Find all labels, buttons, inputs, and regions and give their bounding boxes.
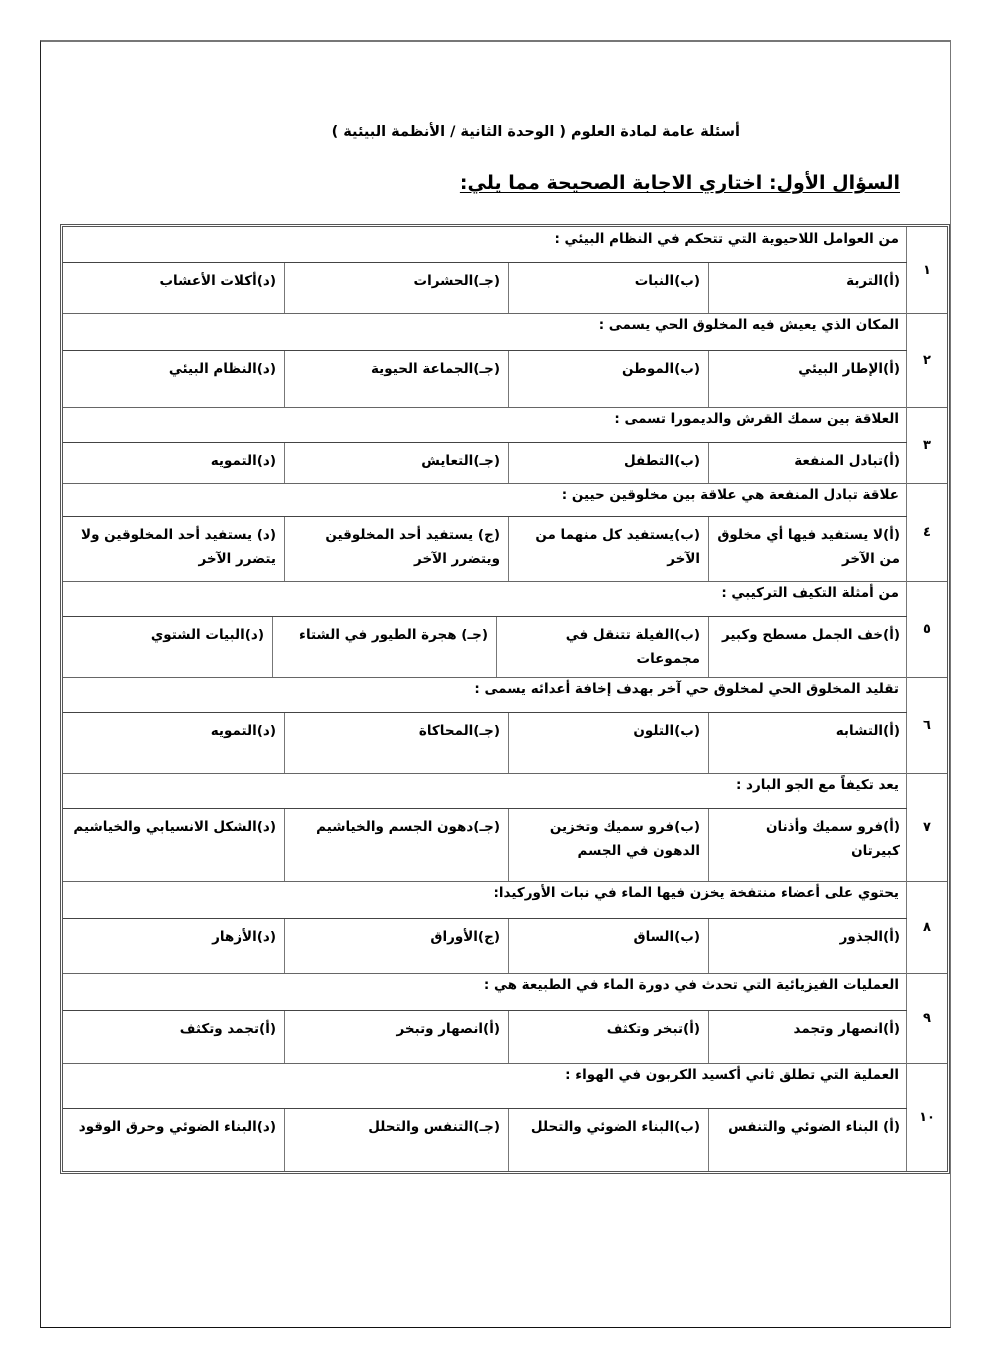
answer-option-c[interactable]: (جـ)التعايش bbox=[284, 443, 508, 483]
options-row: (أ)خف الجمل مسطح وكبير(ب)الفيلة تتنقل في… bbox=[63, 617, 907, 677]
answer-option-a[interactable]: (أ) البناء الضوئي والتنفس bbox=[708, 1109, 908, 1171]
options-row: (أ)الجذور(ب)الساق(ج)الأوراق(د)الأزهار bbox=[63, 919, 907, 973]
answer-option-b[interactable]: (ب)يستفيد كل منهما من الآخر bbox=[508, 517, 708, 581]
answer-option-a[interactable]: (أ)فرو سميك وأذنان كبيرتان bbox=[708, 809, 908, 881]
options-row: (أ)لا يستفيد فيها أي مخلوق من الآخر(ب)يس… bbox=[63, 517, 907, 581]
answer-option-d[interactable]: (د)أكلات الأعشاب bbox=[63, 263, 284, 313]
answer-option-c[interactable]: (أ)انصهار وتبخر bbox=[284, 1011, 508, 1063]
answer-option-b[interactable]: (ب)التلون bbox=[508, 713, 708, 773]
answer-option-c[interactable]: (جـ)المحاكاة bbox=[284, 713, 508, 773]
question-row: ٨يحتوي على أعضاء منتفخة يخزن فيها الماء … bbox=[63, 881, 947, 974]
options-row: (أ)التشابه(ب)التلون(جـ)المحاكاة(د)التموي… bbox=[63, 713, 907, 773]
question-row: ٤علاقة تبادل المنفعة هي علاقة بين مخلوقي… bbox=[63, 483, 947, 582]
question-number: ٢ bbox=[906, 313, 947, 407]
question-number: ٩ bbox=[906, 973, 947, 1063]
question-text: العلاقة بين سمك القرش والديمورا تسمى : bbox=[63, 407, 907, 443]
question-row: ٥من أمثلة التكيف التركيبي :(أ)خف الجمل م… bbox=[63, 581, 947, 678]
answer-option-a[interactable]: (أ)لا يستفيد فيها أي مخلوق من الآخر bbox=[708, 517, 908, 581]
answer-option-a[interactable]: (أ)تبادل المنفعة bbox=[708, 443, 908, 483]
question-row: ١٠العملية التي تطلق ثاني أكسيد الكربون ف… bbox=[63, 1063, 947, 1171]
answer-option-d[interactable]: (د)البناء الضوئي وحرق الوقود bbox=[63, 1109, 284, 1171]
answer-option-c[interactable]: (جـ)الحشرات bbox=[284, 263, 508, 313]
answer-option-a[interactable]: (أ)الإطار البيئي bbox=[708, 351, 908, 407]
question-text: علاقة تبادل المنفعة هي علاقة بين مخلوقين… bbox=[63, 483, 907, 517]
answer-option-b[interactable]: (ب)فرو سميك وتخزين الدهون في الجسم bbox=[508, 809, 708, 881]
question-number: ٤ bbox=[906, 483, 947, 581]
answer-option-a[interactable]: (أ)التربة bbox=[708, 263, 908, 313]
options-row: (أ)الإطار البيئي(ب)الموطن(جـ)الجماعة الح… bbox=[63, 351, 907, 407]
question-row: ٩العمليات الفيزيائية التي تحدث في دورة ا… bbox=[63, 973, 947, 1064]
question-number: ١٠ bbox=[906, 1063, 947, 1171]
answer-option-d[interactable]: (د)البيات الشتوي bbox=[63, 617, 272, 677]
question-text: يعد تكيفاً مع الجو البارد : bbox=[63, 773, 907, 809]
answer-option-c[interactable]: (جـ)التنفس والتحلل bbox=[284, 1109, 508, 1171]
answer-option-c[interactable]: (ج) يستفيد أحد المخلوقين ويتضرر الآخر bbox=[284, 517, 508, 581]
question-text: من أمثلة التكيف التركيبي : bbox=[63, 581, 907, 617]
options-row: (أ)انصهار وتجمد(أ)تبخر وتكثف(أ)انصهار وت… bbox=[63, 1011, 907, 1063]
answer-option-a[interactable]: (أ)الجذور bbox=[708, 919, 908, 973]
answer-option-b[interactable]: (أ)تبخر وتكثف bbox=[508, 1011, 708, 1063]
question-row: ٦تقليد المخلوق الحي لمخلوق حي آخر بهدف إ… bbox=[63, 677, 947, 774]
answer-option-d[interactable]: (د)الشكل الانسيابي والخياشيم bbox=[63, 809, 284, 881]
document-subtitle: أسئلة عامة لمادة العلوم ( الوحدة الثانية… bbox=[332, 124, 740, 140]
question-number: ٣ bbox=[906, 407, 947, 483]
options-row: (أ)تبادل المنفعة(ب)التطفل(جـ)التعايش(د)ا… bbox=[63, 443, 907, 483]
question-row: ٣العلاقة بين سمك القرش والديمورا تسمى :(… bbox=[63, 407, 947, 484]
answer-option-b[interactable]: (ب)الموطن bbox=[508, 351, 708, 407]
answer-option-c[interactable]: (جـ)دهون الجسم والخياشيم bbox=[284, 809, 508, 881]
answer-option-b[interactable]: (ب)الفيلة تتنقل في مجموعات bbox=[496, 617, 708, 677]
answer-option-a[interactable]: (أ)خف الجمل مسطح وكبير bbox=[708, 617, 908, 677]
question-number: ٧ bbox=[906, 773, 947, 881]
options-row: (أ) البناء الضوئي والتنفس(ب)البناء الضوئ… bbox=[63, 1109, 907, 1171]
answer-option-c[interactable]: (جـ) هجرة الطيور في الشتاء bbox=[272, 617, 496, 677]
answer-option-a[interactable]: (أ)التشابه bbox=[708, 713, 908, 773]
answer-option-b[interactable]: (ب)التطفل bbox=[508, 443, 708, 483]
answer-option-d[interactable]: (د)التمويه bbox=[63, 713, 284, 773]
question-text: تقليد المخلوق الحي لمخلوق حي آخر بهدف إخ… bbox=[63, 677, 907, 713]
question-row: ٢المكان الذي يعيش فيه المخلوق الحي يسمى … bbox=[63, 313, 947, 408]
answer-option-b[interactable]: (ب)النبات bbox=[508, 263, 708, 313]
question-text: المكان الذي يعيش فيه المخلوق الحي يسمى : bbox=[63, 313, 907, 351]
answer-option-d[interactable]: (أ)تجمد وتكثف bbox=[63, 1011, 284, 1063]
answer-option-c[interactable]: (جـ)الجماعة الحيوية bbox=[284, 351, 508, 407]
answer-option-d[interactable]: (د)الأزهار bbox=[63, 919, 284, 973]
section-heading: السؤال الأول: اختاري الاجابة الصحيحة مما… bbox=[460, 172, 900, 194]
question-text: العملية التي تطلق ثاني أكسيد الكربون في … bbox=[63, 1063, 907, 1109]
question-number: ٥ bbox=[906, 581, 947, 677]
answer-option-a[interactable]: (أ)انصهار وتجمد bbox=[708, 1011, 908, 1063]
questions-table: ١من العوامل اللاحيوية التي تتحكم في النظ… bbox=[60, 224, 950, 1174]
options-row: (أ)فرو سميك وأذنان كبيرتان(ب)فرو سميك وت… bbox=[63, 809, 907, 881]
answer-option-d[interactable]: (د)النظام البيئي bbox=[63, 351, 284, 407]
question-text: يحتوي على أعضاء منتفخة يخزن فيها الماء ف… bbox=[63, 881, 907, 919]
question-row: ١من العوامل اللاحيوية التي تتحكم في النظ… bbox=[63, 227, 947, 314]
question-text: العمليات الفيزيائية التي تحدث في دورة ال… bbox=[63, 973, 907, 1011]
question-number: ٨ bbox=[906, 881, 947, 973]
answer-option-b[interactable]: (ب)الساق bbox=[508, 919, 708, 973]
answer-option-c[interactable]: (ج)الأوراق bbox=[284, 919, 508, 973]
answer-option-d[interactable]: (د) يستفيد أحد المخلوقين ولا يتضرر الآخر bbox=[63, 517, 284, 581]
options-row: (أ)التربة(ب)النبات(جـ)الحشرات(د)أكلات ال… bbox=[63, 263, 907, 313]
question-number: ١ bbox=[906, 227, 947, 313]
answer-option-d[interactable]: (د)التمويه bbox=[63, 443, 284, 483]
question-number: ٦ bbox=[906, 677, 947, 773]
answer-option-b[interactable]: (ب)البناء الضوئي والتحلل bbox=[508, 1109, 708, 1171]
question-text: من العوامل اللاحيوية التي تتحكم في النظا… bbox=[63, 227, 907, 263]
question-row: ٧يعد تكيفاً مع الجو البارد :(أ)فرو سميك … bbox=[63, 773, 947, 882]
